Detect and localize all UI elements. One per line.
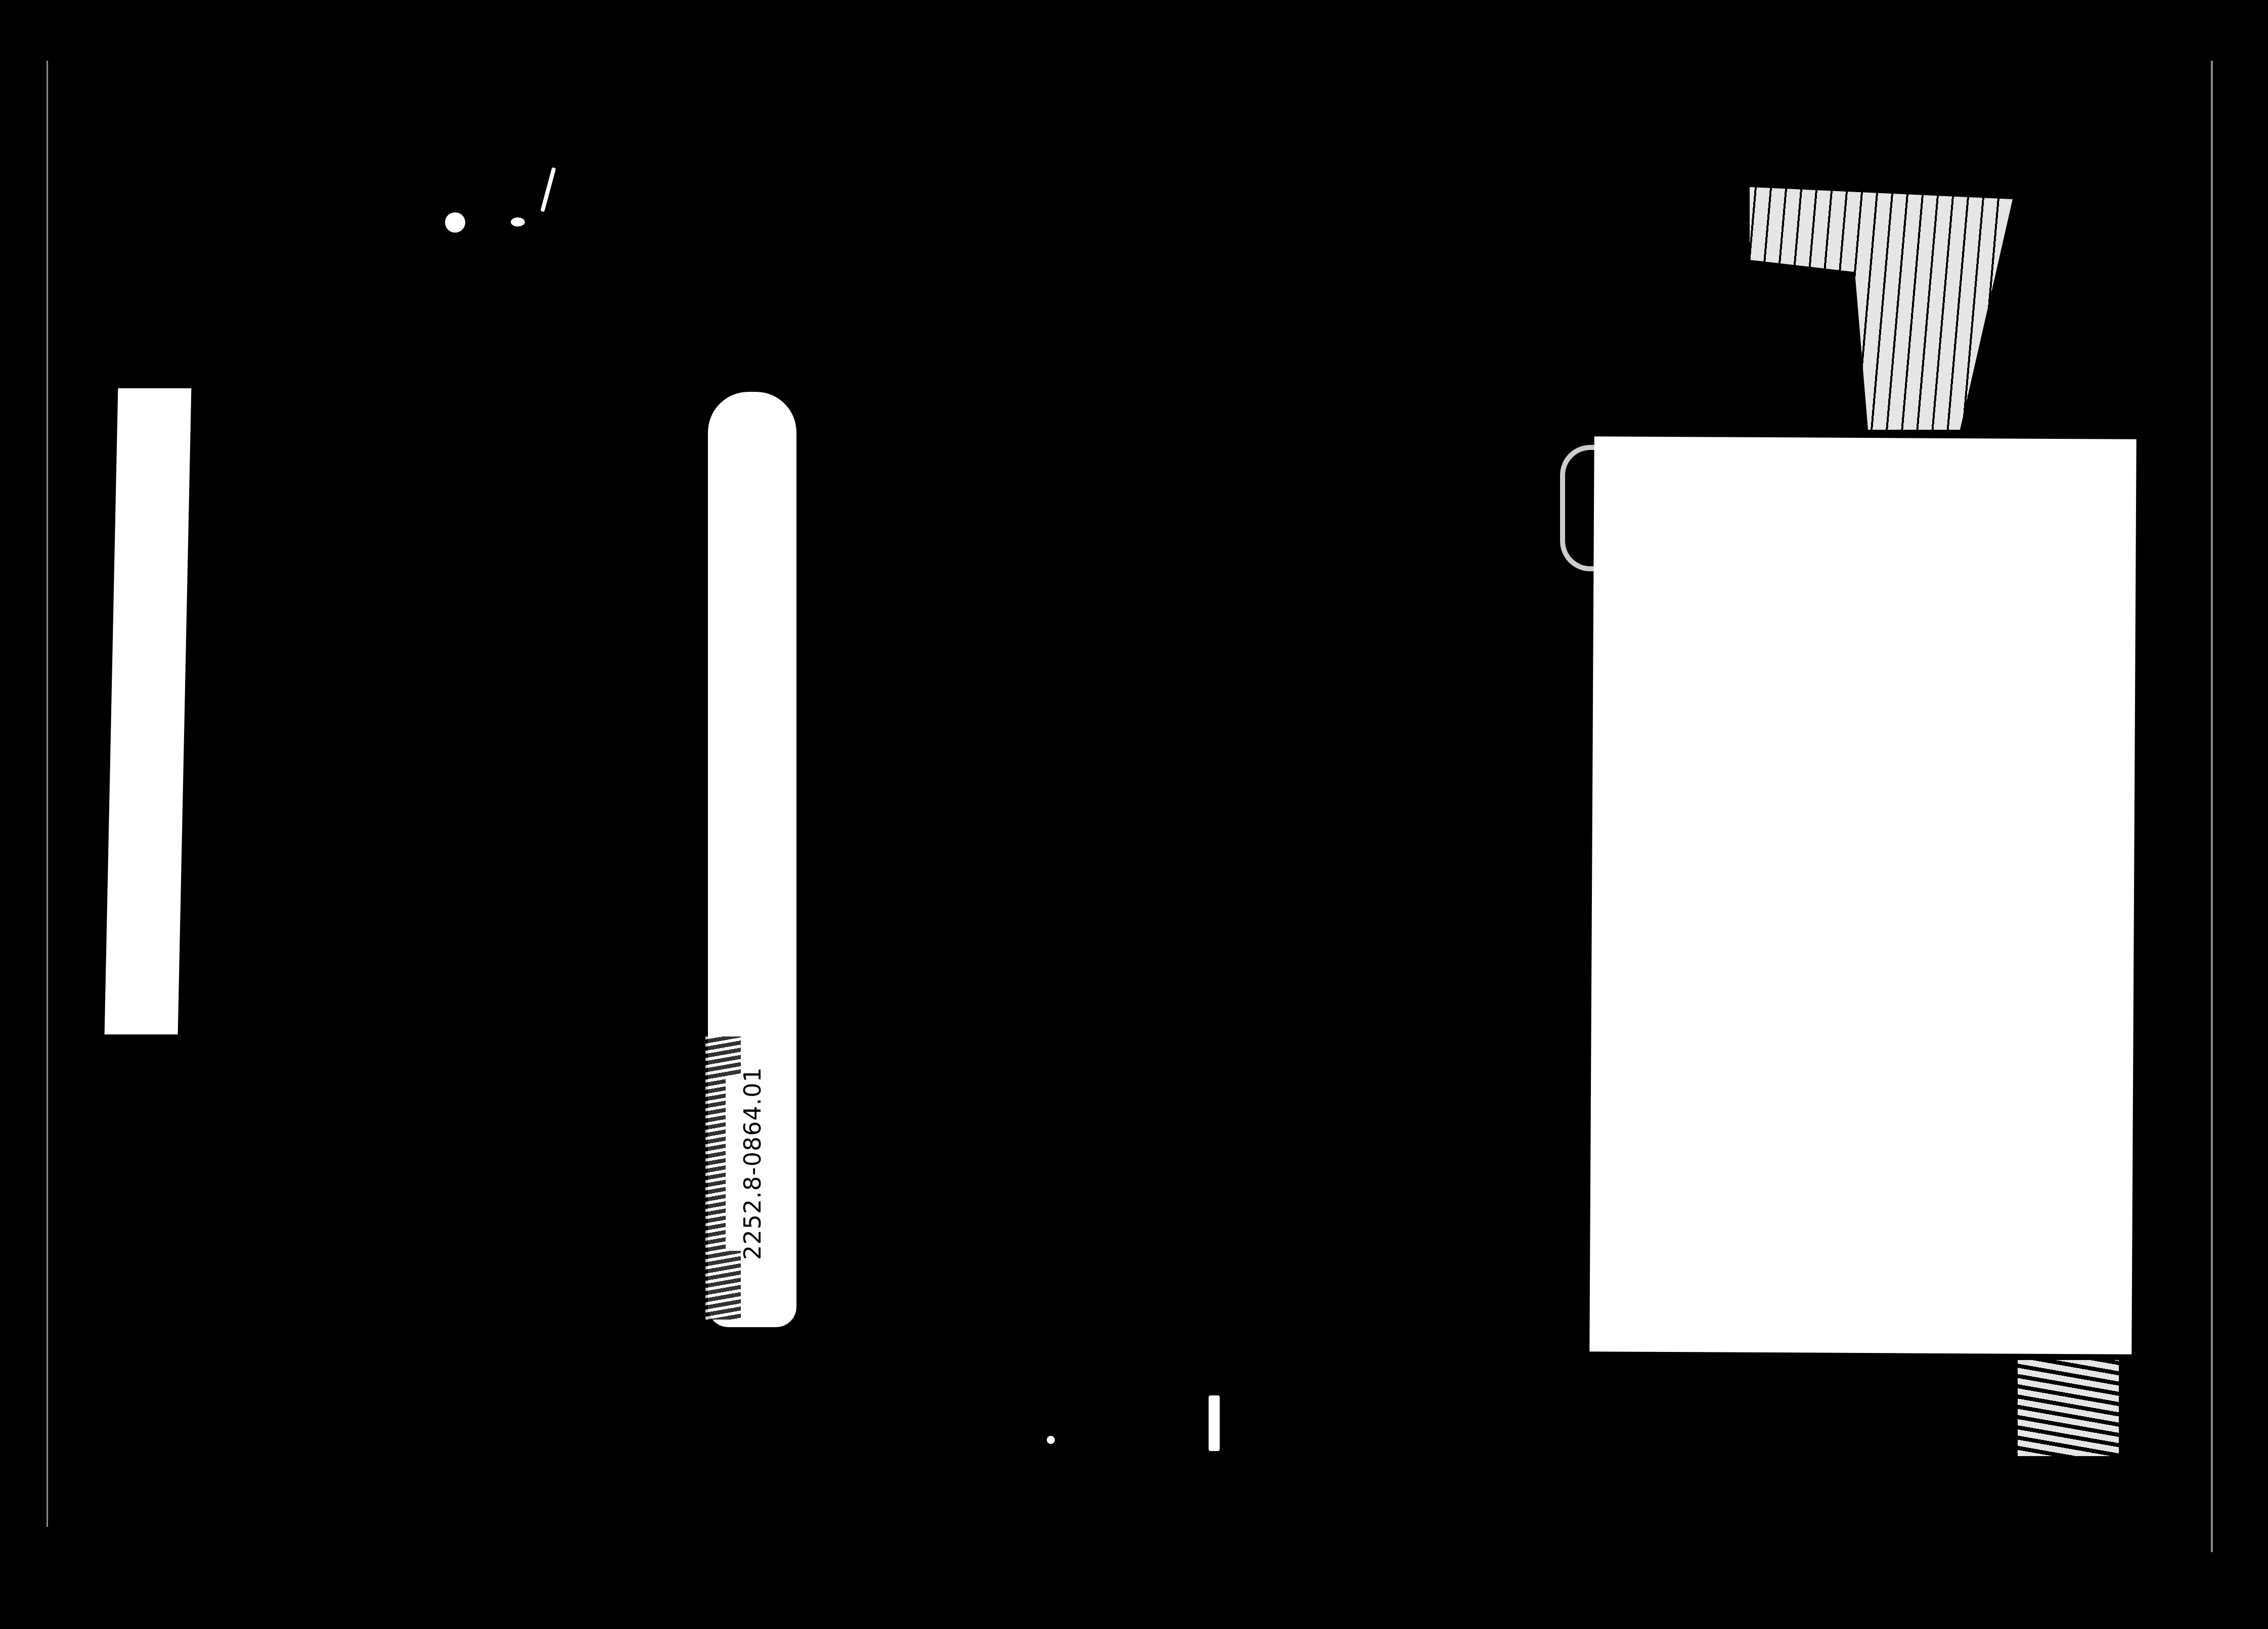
catalog-tag: 2252.8-0864.01	[726, 1076, 779, 1251]
lower-object-texture	[2018, 1360, 2119, 1456]
speck	[1209, 1395, 1220, 1451]
scan-image: 2252.8-0864.01	[0, 0, 2268, 1629]
speck	[511, 217, 525, 227]
catalog-number: 2252.8-0864.01	[739, 1067, 766, 1260]
left-white-strip	[105, 388, 192, 1034]
upper-object-texture	[1750, 187, 2013, 430]
speck	[445, 212, 465, 233]
scan-edge-left	[47, 61, 48, 1527]
white-card	[1589, 436, 2136, 1354]
scan-edge-right	[2211, 61, 2213, 1552]
speck	[1047, 1436, 1055, 1444]
speck	[540, 167, 556, 212]
